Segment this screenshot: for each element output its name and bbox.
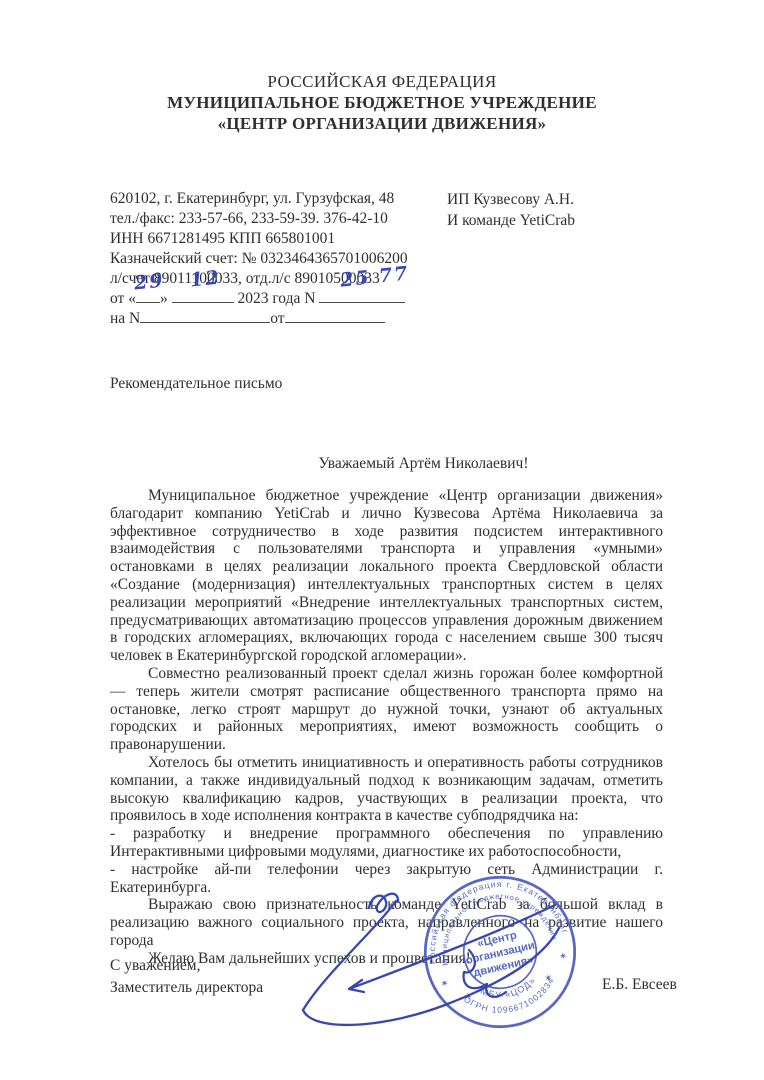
sender-details: 620102, г. Екатеринбург, ул. Гурзуфская,… <box>110 189 470 329</box>
recipient-team: И команде YetiCrab <box>447 210 575 231</box>
signature-squiggle <box>464 950 506 997</box>
handwritten-day: 29 <box>133 270 165 293</box>
list-item-software: - разработку и внедрение программного об… <box>110 825 663 861</box>
paragraph-gratitude: Муниципальное бюджетное учреждение «Цент… <box>110 487 663 665</box>
date-line: от «» 2023 года N <box>110 289 470 309</box>
salutation: Уважаемый Артём Николаевич! <box>110 455 663 473</box>
closing-position: Заместитель директора <box>110 977 263 999</box>
sender-treasury-account: Казначейский счет: № 0323464365701006200 <box>110 249 470 269</box>
sender-phone: тел./факс: 233-57-66, 233-59-39. 376-42-… <box>110 209 470 229</box>
paragraph-project-results: Совместно реализованный проект сделал жи… <box>110 665 663 754</box>
signer-name: Е.Б. Евсеев <box>602 976 677 994</box>
sender-inn-kpp: ИНН 6671281495 КПП 665801001 <box>110 229 470 249</box>
ref-na-label: на N <box>110 310 140 327</box>
handwritten-month: 12 <box>189 267 221 290</box>
date-quote-close: » <box>160 290 168 307</box>
ref-ot-label: от <box>270 310 284 327</box>
closing-block: С уважением, Заместитель директора <box>110 955 263 999</box>
recipient-name: ИП Кузвесову А.Н. <box>447 189 575 210</box>
letterhead-org-name: «ЦЕНТР ОРГАНИЗАЦИИ ДВИЖЕНИЯ» <box>0 113 764 134</box>
signature-bottom-sweep <box>303 928 559 1025</box>
reference-line: на Nот <box>110 309 470 329</box>
date-number-blank <box>319 289 405 303</box>
date-prefix: от « <box>110 290 136 307</box>
date-month-blank <box>172 289 234 303</box>
letterhead-federation: РОССИЙСКАЯ ФЕДЕРАЦИЯ <box>0 71 764 92</box>
signature-descender <box>303 901 396 1010</box>
handwritten-signature <box>263 878 593 1043</box>
letter-page: РОССИЙСКАЯ ФЕДЕРАЦИЯ МУНИЦИПАЛЬНОЕ БЮДЖЕ… <box>0 0 764 1080</box>
recipient-block: ИП Кузвесову А.Н. И команде YetiCrab <box>447 189 575 231</box>
letterhead-org-type: МУНИЦИПАЛЬНОЕ БЮДЖЕТНОЕ УЧРЕЖДЕНИЕ <box>0 92 764 113</box>
sender-address: 620102, г. Екатеринбург, ул. Гурзуфская,… <box>110 189 470 209</box>
signature-arrow-line <box>349 905 555 989</box>
ref-date-blank <box>285 309 385 323</box>
closing-regards: С уважением, <box>110 955 263 977</box>
ref-number-blank <box>140 309 270 323</box>
paragraph-staff-quality: Хотелось бы отметить инициативность и оп… <box>110 754 663 825</box>
letterhead: РОССИЙСКАЯ ФЕДЕРАЦИЯ МУНИЦИПАЛЬНОЕ БЮДЖЕ… <box>0 71 764 134</box>
document-type-label: Рекомендательное письмо <box>110 375 282 393</box>
date-suffix: 2023 года N <box>237 290 315 307</box>
